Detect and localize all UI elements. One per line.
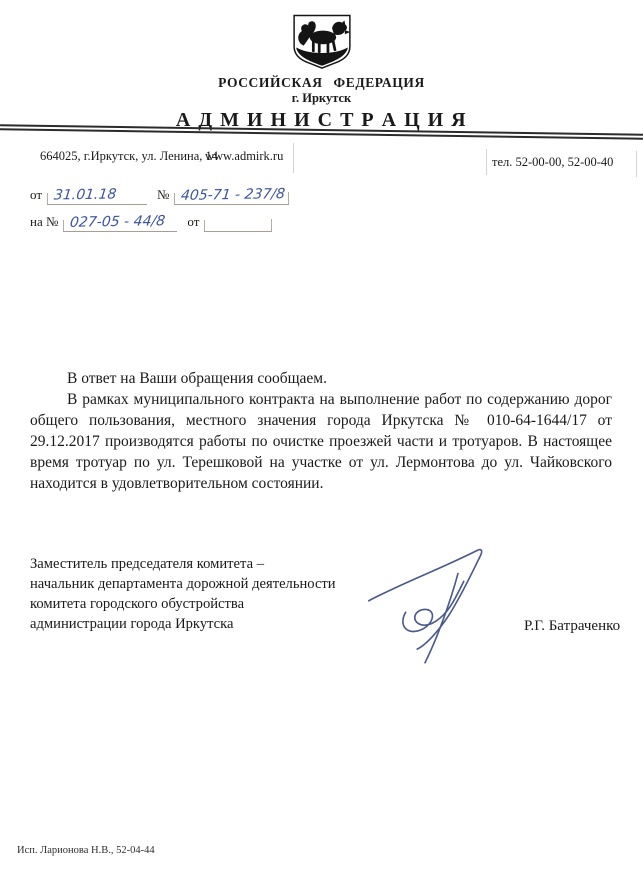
handwritten-reply-number: 027-05 - 44/8	[69, 213, 166, 231]
irkutsk-coat-of-arms-icon	[290, 12, 354, 72]
incoming-reference-row: на № 027-05 - 44/8 от	[30, 210, 643, 232]
signer-position-line: комитета городского обустройства	[30, 594, 643, 614]
signer-position-line: Заместитель председателя комитета –	[30, 554, 643, 574]
signatory-name: Р.Г. Батраченко	[524, 616, 620, 636]
executor-note: Исп. Ларионова Н.В., 52-04-44	[17, 845, 155, 856]
incoming-date-field-empty	[204, 214, 272, 232]
reply-to-label: на №	[30, 214, 58, 232]
handwritten-signature	[363, 544, 518, 671]
letterhead: РОССИЙСКАЯ ФЕДЕРАЦИЯ г. Иркутск А Д М И …	[0, 0, 643, 173]
scanned-letter-page: РОССИЙСКАЯ ФЕДЕРАЦИЯ г. Иркутск А Д М И …	[0, 0, 643, 873]
from-label: от	[30, 187, 42, 205]
handwritten-date: 31.01.18	[53, 186, 117, 203]
contact-row: 664025, г.Иркутск, ул. Ленина, 14 www.ad…	[0, 135, 643, 173]
form-divider-line	[486, 149, 487, 175]
body-paragraph-1: В ответ на Ваши обращения сообщаем.	[30, 368, 612, 389]
website-url: www.admirk.ru	[205, 149, 283, 164]
reply-date-label: от	[187, 214, 199, 232]
country-title: РОССИЙСКАЯ ФЕДЕРАЦИЯ	[0, 75, 643, 91]
form-divider-line	[293, 143, 294, 173]
body-paragraph-2: В рамках муниципального контракта на вып…	[30, 389, 612, 494]
phone-numbers: тел. 52-00-00, 52-00-40	[492, 155, 613, 170]
signature-block: Заместитель председателя комитета – нача…	[30, 554, 643, 634]
form-divider-line	[636, 151, 637, 177]
postal-address: 664025, г.Иркутск, ул. Ленина, 14	[40, 149, 218, 164]
outgoing-number-field: 405-71 - 237/8	[174, 187, 289, 205]
city-title: г. Иркутск	[0, 91, 643, 106]
outgoing-date-field: 31.01.18	[47, 187, 147, 205]
reference-block: от 31.01.18 № 405-71 - 237/8 на № 027-05…	[30, 183, 643, 232]
outgoing-reference-row: от 31.01.18 № 405-71 - 237/8	[30, 183, 643, 205]
number-label: №	[157, 187, 169, 205]
signer-position-line: начальник департамента дорожной деятельн…	[30, 574, 643, 594]
letter-body: В ответ на Ваши обращения сообщаем. В ра…	[30, 368, 612, 494]
incoming-number-field: 027-05 - 44/8	[63, 214, 177, 232]
handwritten-number: 405-71 - 237/8	[180, 186, 286, 204]
